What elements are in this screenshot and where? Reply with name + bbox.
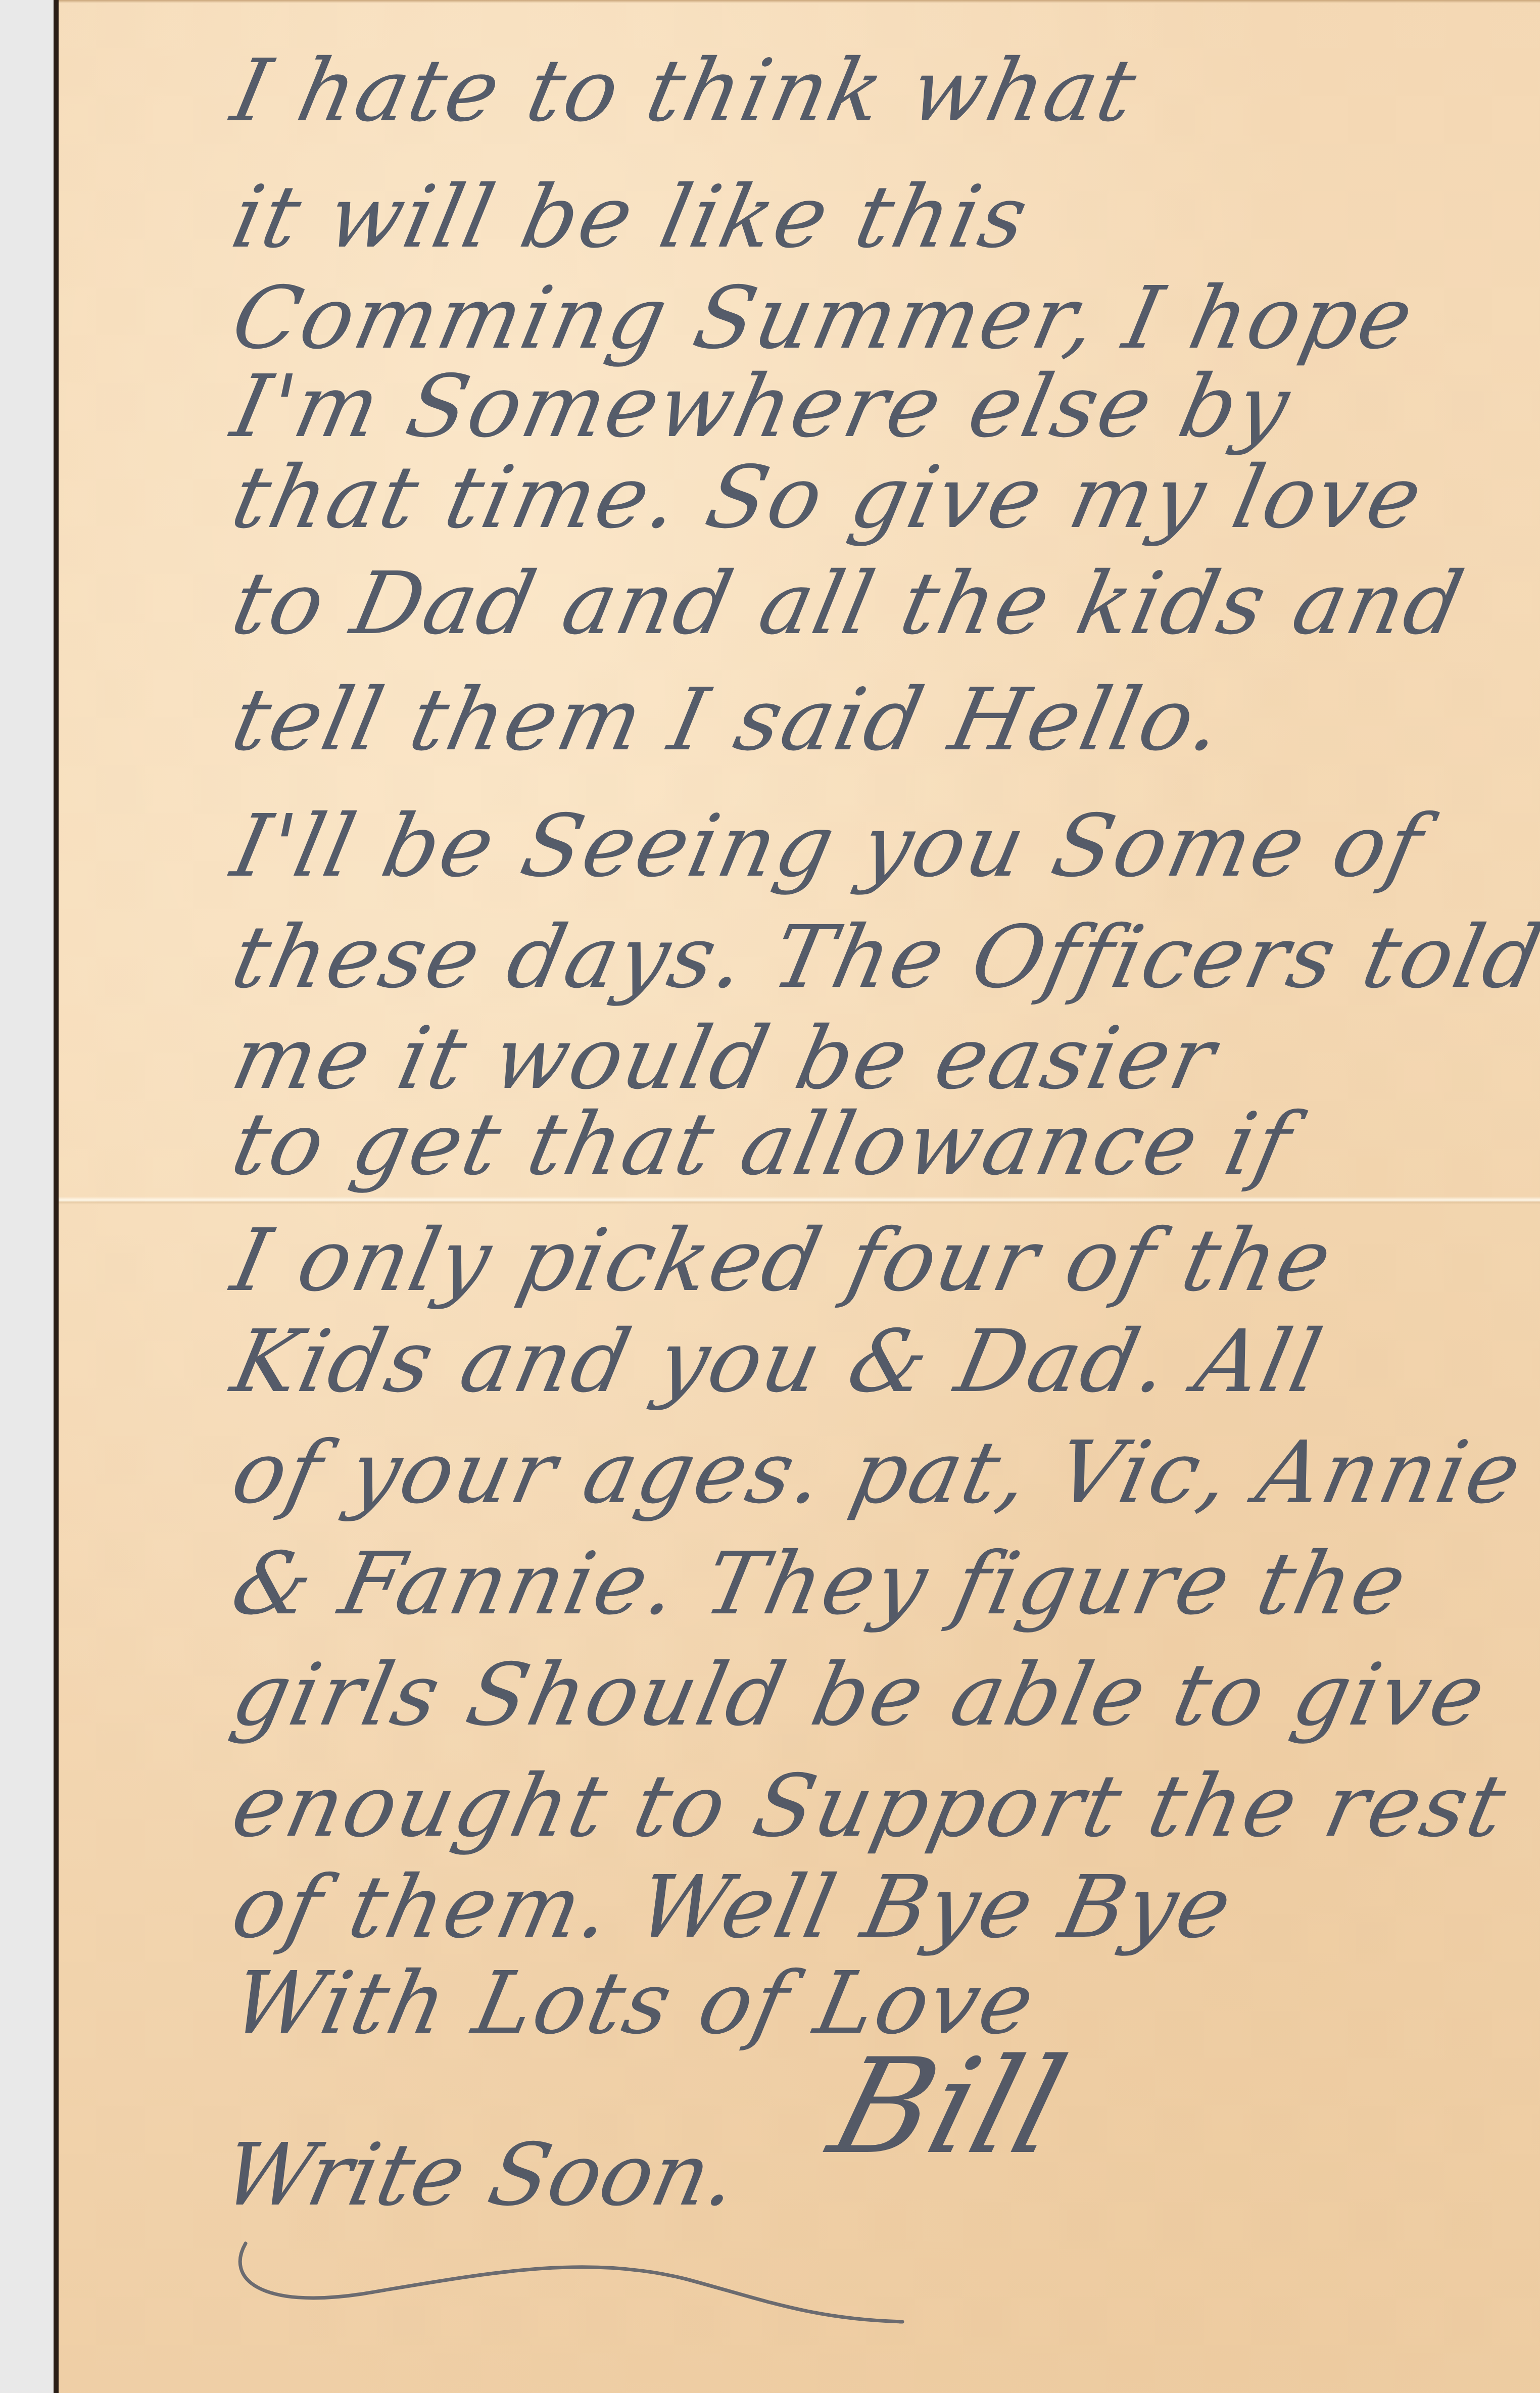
postscript: Write Soon. — [216, 2132, 745, 2218]
letter-line: I'll be Seeing you Some of — [225, 803, 1431, 889]
letter-line: it will be like this — [225, 174, 1036, 260]
letter-line: girls Should be able to give — [225, 1652, 1494, 1738]
letter-line: to Dad and all the kids and — [225, 561, 1472, 647]
letter-line: & Fannie. They figure the — [225, 1541, 1415, 1627]
letter-line: Kids and you & Dad. All — [225, 1319, 1330, 1405]
letter-line: I'm Somewhere else by — [225, 364, 1298, 450]
letter-paper: I hate to think what it will be like thi… — [54, 0, 1540, 2393]
letter-line: me it would be easier — [225, 1016, 1224, 1102]
letter-line: of your ages. pat, Vic, Annie — [225, 1430, 1529, 1516]
letter-line: tell them I said Hello. — [225, 677, 1231, 763]
letter-line: Comming Summer, I hope — [225, 275, 1422, 361]
letter-line: of them. Well Bye Bye — [225, 1864, 1240, 1950]
letter-line: enought to Support the rest — [225, 1763, 1514, 1849]
underline-flourish-icon — [230, 2233, 938, 2334]
signature: Bill — [819, 2041, 1077, 2173]
letter-line: these days. The Officers told — [225, 915, 1540, 1000]
letter-line: I hate to think what — [225, 48, 1144, 134]
letter-line: to get that allowance if — [225, 1102, 1300, 1187]
letter-body: I hate to think what it will be like thi… — [59, 0, 1540, 2393]
letter-line: that time. So give my love — [225, 455, 1431, 541]
scanned-letter: I hate to think what it will be like thi… — [0, 0, 1540, 2393]
letter-line: I only picked four of the — [225, 1218, 1340, 1304]
